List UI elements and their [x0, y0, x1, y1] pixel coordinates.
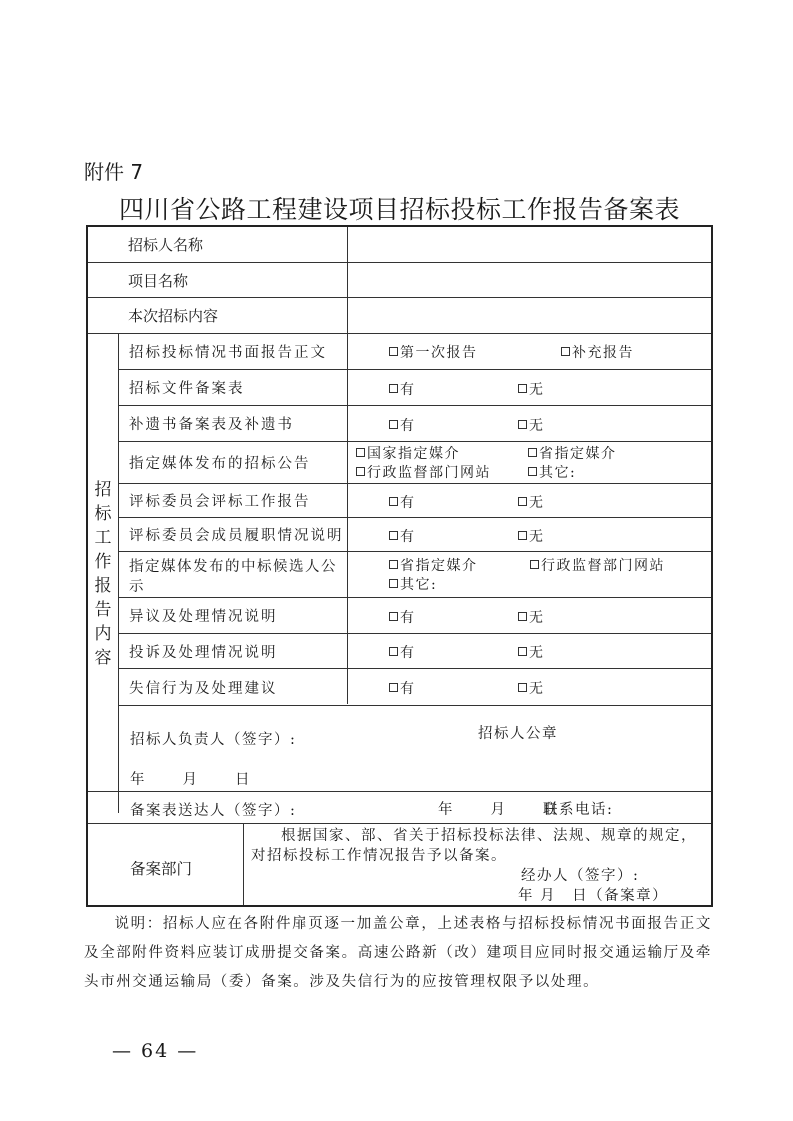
field-tenderer-name[interactable]: [348, 227, 711, 262]
checkbox-icon: [518, 612, 527, 621]
filing-divider: [243, 824, 244, 905]
checkbox-icon: [389, 384, 398, 393]
checkbox-icon: [389, 683, 398, 692]
row-tenderer-signature: 招标人负责人（签字）: 招标人公章 年 月 日: [88, 706, 711, 792]
checkbox-supplementary-report[interactable]: 补充报告: [561, 342, 634, 362]
row-evaluation-report: 评标委员会评标工作报告 有 无: [119, 484, 711, 518]
row-project-name: 项目名称: [88, 263, 711, 298]
row-tender-content: 本次招标内容: [88, 298, 711, 334]
handler-signature-label[interactable]: 经办人（签字）:: [521, 864, 639, 885]
checkbox-provincial-media[interactable]: 省指定媒介: [528, 443, 617, 463]
label-written-report: 招标投标情况书面报告正文: [129, 334, 327, 369]
checkbox-first-report[interactable]: 第一次报告: [389, 342, 478, 362]
page-number: — 64 —: [112, 1040, 198, 1062]
label-tender-content: 本次招标内容: [128, 298, 218, 333]
row-sender: 备案表送达人（签字）: 年 月 日 联系电话:: [88, 792, 711, 824]
label-tender-announcement: 指定媒体发布的招标公告: [129, 442, 311, 483]
tenderer-seal-label: 招标人公章: [478, 722, 558, 743]
checkbox-yes[interactable]: 有: [389, 678, 416, 698]
checkbox-icon: [389, 560, 398, 569]
checkbox-icon: [518, 497, 527, 506]
instruction-note: 说明：招标人应在各附件扉页逐一加盖公章，上述表格与招标投标情况书面报告正文及全部…: [84, 910, 712, 997]
checkbox-yes[interactable]: 有: [389, 415, 416, 435]
row-written-report: 招标投标情况书面报告正文 第一次报告 补充报告: [119, 334, 711, 370]
checkbox-no[interactable]: 无: [518, 492, 545, 512]
row-filing-department: 备案部门 根据国家、部、省关于招标投标法律、法规、规章的规定， 对招标投标工作情…: [88, 824, 711, 905]
checkbox-icon: [389, 420, 398, 429]
label-dishonesty: 失信行为及处理建议: [129, 669, 278, 705]
label-tenderer-name: 招标人名称: [128, 227, 203, 262]
checkbox-provincial-media[interactable]: 省指定媒介: [389, 555, 478, 575]
row-objection: 异议及处理情况说明 有 无: [119, 598, 711, 634]
form-title: 四川省公路工程建设项目招标投标工作报告备案表: [0, 190, 793, 226]
filing-statement-line1: 根据国家、部、省关于招标投标法律、法规、规章的规定，: [281, 824, 697, 845]
checkbox-icon: [518, 420, 527, 429]
row-dishonesty: 失信行为及处理建议 有 无: [119, 669, 711, 706]
sender-signature-label[interactable]: 备案表送达人（签字）:: [130, 799, 296, 820]
checkbox-yes[interactable]: 有: [389, 642, 416, 662]
checkbox-yes[interactable]: 有: [389, 607, 416, 627]
label-complaint: 投诉及处理情况说明: [129, 634, 278, 668]
label-committee-duty: 评标委员会成员履职情况说明: [129, 518, 344, 551]
label-tender-doc-filing: 招标文件备案表: [129, 370, 245, 405]
checkbox-icon: [530, 560, 539, 569]
label-evaluation-report: 评标委员会评标工作报告: [129, 484, 311, 517]
checkbox-icon: [561, 347, 570, 356]
checkbox-admin-website[interactable]: 行政监督部门网站: [530, 555, 665, 575]
attachment-label: 附件 7: [84, 156, 143, 185]
row-tender-doc-filing: 招标文件备案表 有 无: [119, 370, 711, 406]
checkbox-icon: [389, 647, 398, 656]
checkbox-national-media[interactable]: 国家指定媒介: [356, 443, 460, 463]
label-project-name: 项目名称: [128, 263, 188, 297]
row-tenderer-name: 招标人名称: [88, 227, 711, 263]
checkbox-admin-website[interactable]: 行政监督部门网站: [356, 462, 491, 482]
row-tender-announcement: 指定媒体发布的招标公告 国家指定媒介 省指定媒介 行政监督部门网站 其它:: [119, 442, 711, 484]
checkbox-icon: [389, 531, 398, 540]
checkbox-no[interactable]: 无: [518, 415, 545, 435]
checkbox-icon: [528, 448, 537, 457]
label-addendum: 补遗书备案表及补遗书: [129, 406, 294, 441]
checkbox-yes[interactable]: 有: [389, 526, 416, 546]
field-tender-content[interactable]: [348, 298, 711, 333]
contact-phone-label[interactable]: 联系电话:: [543, 798, 613, 819]
checkbox-icon: [389, 579, 398, 588]
principal-signature-label[interactable]: 招标人负责人（签字）:: [130, 728, 296, 749]
label-candidate-publicity: 指定媒体发布的中标候选人公: [129, 555, 337, 576]
filing-statement-line2: 对招标投标工作情况报告予以备案。: [251, 844, 507, 865]
checkbox-icon: [518, 384, 527, 393]
checkbox-no[interactable]: 无: [518, 607, 545, 627]
checkbox-no[interactable]: 无: [518, 526, 545, 546]
field-project-name[interactable]: [348, 263, 711, 297]
filing-form-table: 招标人名称 项目名称 本次招标内容 招 标 工 作 报 告 内 容 招标投标情况…: [86, 225, 713, 907]
checkbox-icon: [356, 448, 365, 457]
checkbox-icon: [356, 467, 365, 476]
label-objection: 异议及处理情况说明: [129, 598, 278, 633]
row-addendum: 补遗书备案表及补遗书 有 无: [119, 406, 711, 442]
checkbox-icon: [528, 467, 537, 476]
checkbox-no[interactable]: 无: [518, 678, 545, 698]
checkbox-other[interactable]: 其它:: [528, 462, 576, 482]
checkbox-yes[interactable]: 有: [389, 492, 416, 512]
row-candidate-publicity: 指定媒体发布的中标候选人公 示 省指定媒介 行政监督部门网站 其它:: [119, 552, 711, 598]
row-complaint: 投诉及处理情况说明 有 无: [119, 634, 711, 669]
filing-date-seal-label[interactable]: 年 月 日（备案章）: [518, 884, 668, 905]
row-committee-duty: 评标委员会成员履职情况说明 有 无: [119, 518, 711, 552]
checkbox-icon: [518, 683, 527, 692]
checkbox-icon: [389, 497, 398, 506]
label-candidate-publicity-cont: 示: [129, 575, 145, 596]
filing-department-label: 备案部门: [130, 857, 192, 879]
checkbox-no[interactable]: 无: [518, 642, 545, 662]
checkbox-icon: [518, 647, 527, 656]
checkbox-icon: [389, 612, 398, 621]
checkbox-no[interactable]: 无: [518, 379, 545, 399]
checkbox-other[interactable]: 其它:: [389, 574, 437, 594]
checkbox-yes[interactable]: 有: [389, 379, 416, 399]
principal-date-label[interactable]: 年 月 日: [130, 768, 253, 789]
checkbox-icon: [389, 347, 398, 356]
checkbox-icon: [518, 531, 527, 540]
